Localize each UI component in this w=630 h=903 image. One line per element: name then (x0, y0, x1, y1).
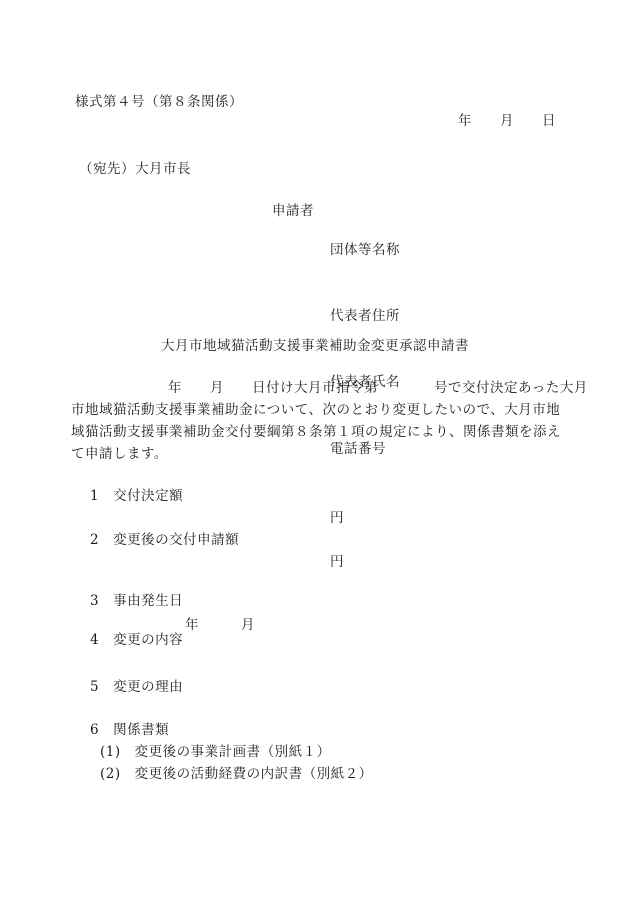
applicant-label: 申請者 (272, 202, 314, 222)
item-6-sub-1-business-plan: (1) 変更後の事業計画書（別紙１） (100, 743, 331, 763)
item-5-reason-for-change: 5 変更の理由 (90, 678, 183, 698)
applicant-field-representative-address: 代表者住所 (330, 307, 400, 334)
body-paragraph-line-4: て申請します。 (71, 445, 168, 465)
document-title: 大月市地域猫活動支援事業補助金変更承認申請書 (0, 337, 630, 357)
item-6-related-documents: 6 関係書類 (90, 721, 169, 741)
item-1-grant-decision-amount: 1 交付決定額 (90, 487, 183, 507)
addressee: （宛先）大月市長 (79, 160, 191, 180)
document-page: 様式第４号（第８条関係） 年 月 日 （宛先）大月市長 申請者 団体等名称 代表… (0, 0, 630, 903)
body-paragraph-line-2: 市地域猫活動支援事業補助金について、次のとおり変更したいので、大月市地 (71, 401, 560, 421)
item-2-changed-application-amount: 2 変更後の交付申請額 (90, 531, 239, 551)
item-2-yen-unit: 円 (330, 553, 344, 573)
form-number: 様式第４号（第８条関係） (75, 93, 243, 113)
item-1-yen-unit: 円 (330, 509, 344, 529)
body-paragraph-line-3: 域猫活動支援事業補助金交付要綱第８条第１項の規定により、関係書類を添え (71, 423, 561, 443)
item-6-sub-2-expense-breakdown: (2) 変更後の活動経費の内訳書（別紙２） (100, 765, 373, 785)
applicant-field-phone-number: 電話番号 (330, 440, 400, 467)
applicant-field-group-name: 団体等名称 (330, 241, 400, 268)
item-4-content-of-change: 4 変更の内容 (90, 631, 183, 651)
body-paragraph-line-1: 年 月 日付け大月市指令第 号で交付決定あった大月 (168, 379, 588, 399)
item-3-event-occurrence-date: 3 事由発生日 (90, 592, 183, 612)
date-placeholder-line: 年 月 日 (458, 112, 556, 132)
item-3-date-placeholder: 年 月 (185, 616, 255, 636)
